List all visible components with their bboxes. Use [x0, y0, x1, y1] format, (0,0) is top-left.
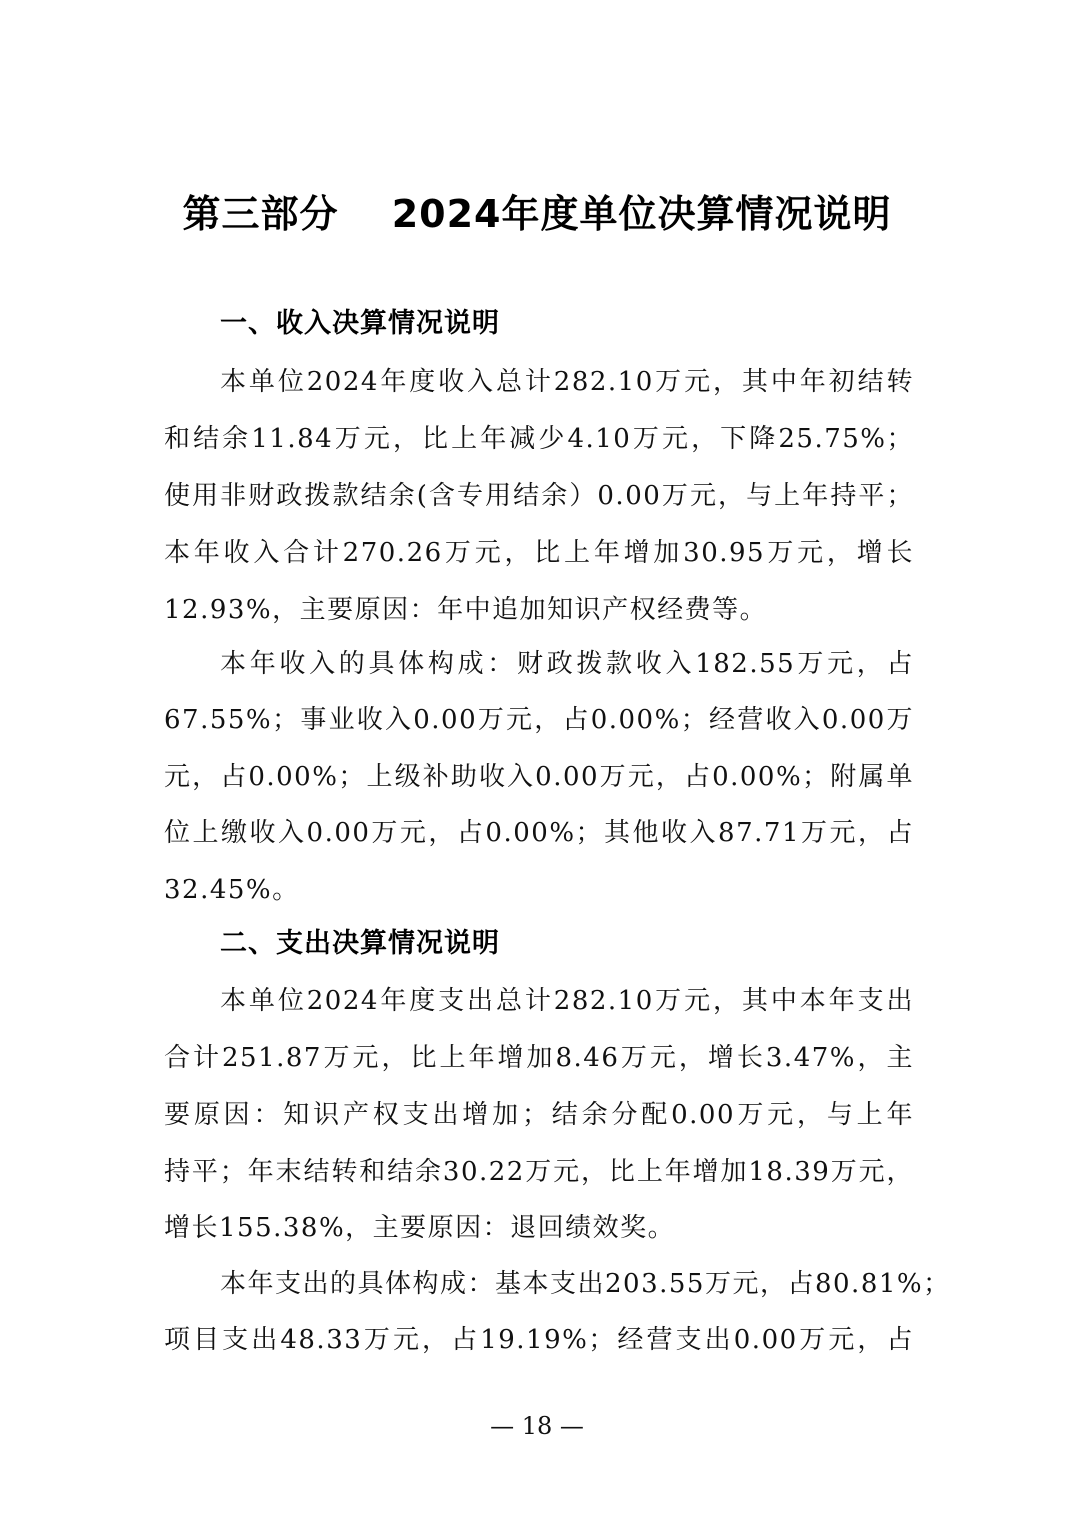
page-title: 第三部分 2024年度单位决算情况说明 [0, 186, 1074, 242]
paragraph-line: 和结余11.84万元，比上年减少4.10万元，下降25.75%； [164, 419, 914, 459]
paragraph-line: 持平；年末结转和结余30.22万元，比上年增加18.39万元， [164, 1152, 914, 1192]
paragraph-line: 位上缴收入0.00万元，占0.00%；其他收入87.71万元，占 [164, 813, 914, 853]
paragraph-line: 本年收入合计270.26万元，比上年增加30.95万元，增长 [164, 533, 914, 573]
paragraph-line: 项目支出48.33万元，占19.19%；经营支出0.00万元，占 [164, 1320, 914, 1360]
paragraph-line: 本年支出的具体构成：基本支出203.55万元，占80.81%； [220, 1264, 914, 1304]
paragraph-line: 合计251.87万元，比上年增加8.46万元，增长3.47%，主 [164, 1038, 914, 1078]
section-heading-income: 一、收入决算情况说明 [220, 304, 500, 344]
document-page: 第三部分 2024年度单位决算情况说明 一、收入决算情况说明 本单位2024年度… [0, 0, 1074, 1520]
paragraph-line: 67.55%；事业收入0.00万元，占0.00%；经营收入0.00万 [164, 700, 914, 740]
paragraph-line: 本年收入的具体构成：财政拨款收入182.55万元，占 [220, 644, 914, 684]
paragraph-line: 使用非财政拨款结余(含专用结余）0.00万元，与上年持平； [164, 476, 914, 516]
paragraph-line: 要原因：知识产权支出增加；结余分配0.00万元，与上年 [164, 1095, 914, 1135]
paragraph-line: 元，占0.00%；上级补助收入0.00万元，占0.00%；附属单 [164, 757, 914, 797]
section-heading-expenditure: 二、支出决算情况说明 [220, 924, 500, 964]
paragraph-line: 32.45%。 [164, 870, 914, 910]
paragraph-line: 12.93%，主要原因：年中追加知识产权经费等。 [164, 590, 914, 630]
paragraph-line: 增长155.38%，主要原因：退回绩效奖。 [164, 1208, 914, 1248]
page-number: — 18 — [0, 1408, 1074, 1444]
paragraph-line: 本单位2024年度支出总计282.10万元，其中本年支出 [220, 981, 914, 1021]
paragraph-line: 本单位2024年度收入总计282.10万元，其中年初结转 [220, 362, 914, 402]
